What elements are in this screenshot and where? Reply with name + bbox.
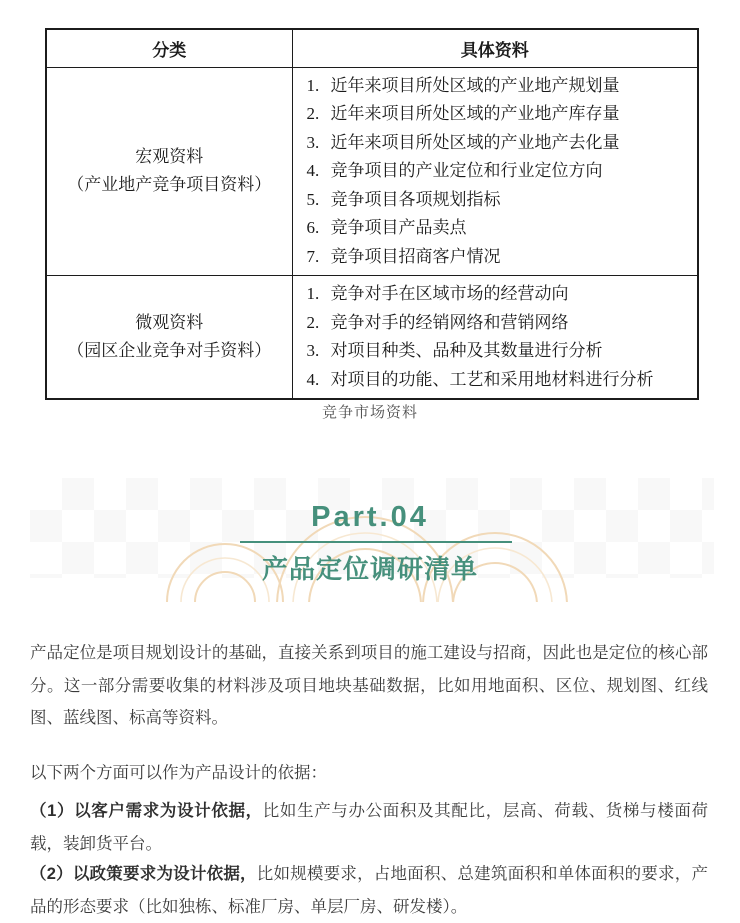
list-item: 竞争项目产品卖点 [307,214,692,243]
part-number-label: Part.04 [0,501,740,534]
article-page: 分类 具体资料 宏观资料 （产业地产竞争项目资料） 近年来项目所处区域的产业地产… [0,0,740,923]
table-caption: 竞争市场资料 [0,401,740,422]
section-divider-line [240,541,512,543]
category-subtitle: （产业地产竞争项目资料） [47,171,292,199]
category-cell-micro: 微观资料 （园区企业竞争对手资料） [46,276,292,400]
category-cell-macro: 宏观资料 （产业地产竞争项目资料） [46,67,292,276]
list-item: 近年来项目所处区域的产业地产规划量 [307,72,692,101]
list-item: 对项目种类、品种及其数量进行分析 [307,337,692,366]
category-title: 宏观资料 [47,143,292,171]
section-title: 产品定位调研清单 [0,549,740,586]
details-cell-micro: 竞争对手在区域市场的经营动向 竞争对手的经销网络和营销网络 对项目种类、品种及其… [292,276,698,400]
lead-paragraph: 以下两个方面可以作为产品设计的依据： [30,757,708,790]
intro-paragraph: 产品定位是项目规划设计的基础，直接关系到项目的施工建设与招商，因此也是定位的核心… [30,637,708,735]
list-item: 竞争项目各项规划指标 [307,186,692,215]
table-row-macro: 宏观资料 （产业地产竞争项目资料） 近年来项目所处区域的产业地产规划量 近年来项… [46,67,698,276]
list-item: 竞争项目招商客户情况 [307,243,692,272]
table-row-micro: 微观资料 （园区企业竞争对手资料） 竞争对手在区域市场的经营动向 竞争对手的经销… [46,276,698,400]
category-title: 微观资料 [47,309,292,337]
list-item: 竞争对手的经销网络和营销网络 [307,309,692,338]
list-item: 竞争项目的产业定位和行业定位方向 [307,157,692,186]
list-item: 近年来项目所处区域的产业地产去化量 [307,129,692,158]
point-1-paragraph: （1）以客户需求为设计依据，比如生产与办公面积及其配比，层高、荷载、货梯与楼面荷… [30,795,708,860]
category-subtitle: （园区企业竞争对手资料） [47,337,292,365]
table-header-row: 分类 具体资料 [46,29,698,67]
table-container: 分类 具体资料 宏观资料 （产业地产竞争项目资料） 近年来项目所处区域的产业地产… [45,28,697,400]
details-cell-macro: 近年来项目所处区域的产业地产规划量 近年来项目所处区域的产业地产库存量 近年来项… [292,67,698,276]
list-item: 竞争对手在区域市场的经营动向 [307,280,692,309]
details-list-micro: 竞争对手在区域市场的经营动向 竞争对手的经销网络和营销网络 对项目种类、品种及其… [307,280,692,394]
point-1-bold-label: （1）以客户需求为设计依据， [30,802,263,820]
point-2-paragraph: （2）以政策要求为设计依据，比如规模要求，占地面积、总建筑面积和单体面积的要求，… [30,858,708,923]
details-list-macro: 近年来项目所处区域的产业地产规划量 近年来项目所处区域的产业地产库存量 近年来项… [307,72,692,272]
point-2-bold-label: （2）以政策要求为设计依据， [30,865,257,883]
list-item: 近年来项目所处区域的产业地产库存量 [307,100,692,129]
table-header-details: 具体资料 [292,29,698,67]
competitor-data-table: 分类 具体资料 宏观资料 （产业地产竞争项目资料） 近年来项目所处区域的产业地产… [45,28,699,400]
list-item: 对项目的功能、工艺和采用地材料进行分析 [307,366,692,395]
table-header-category: 分类 [46,29,292,67]
